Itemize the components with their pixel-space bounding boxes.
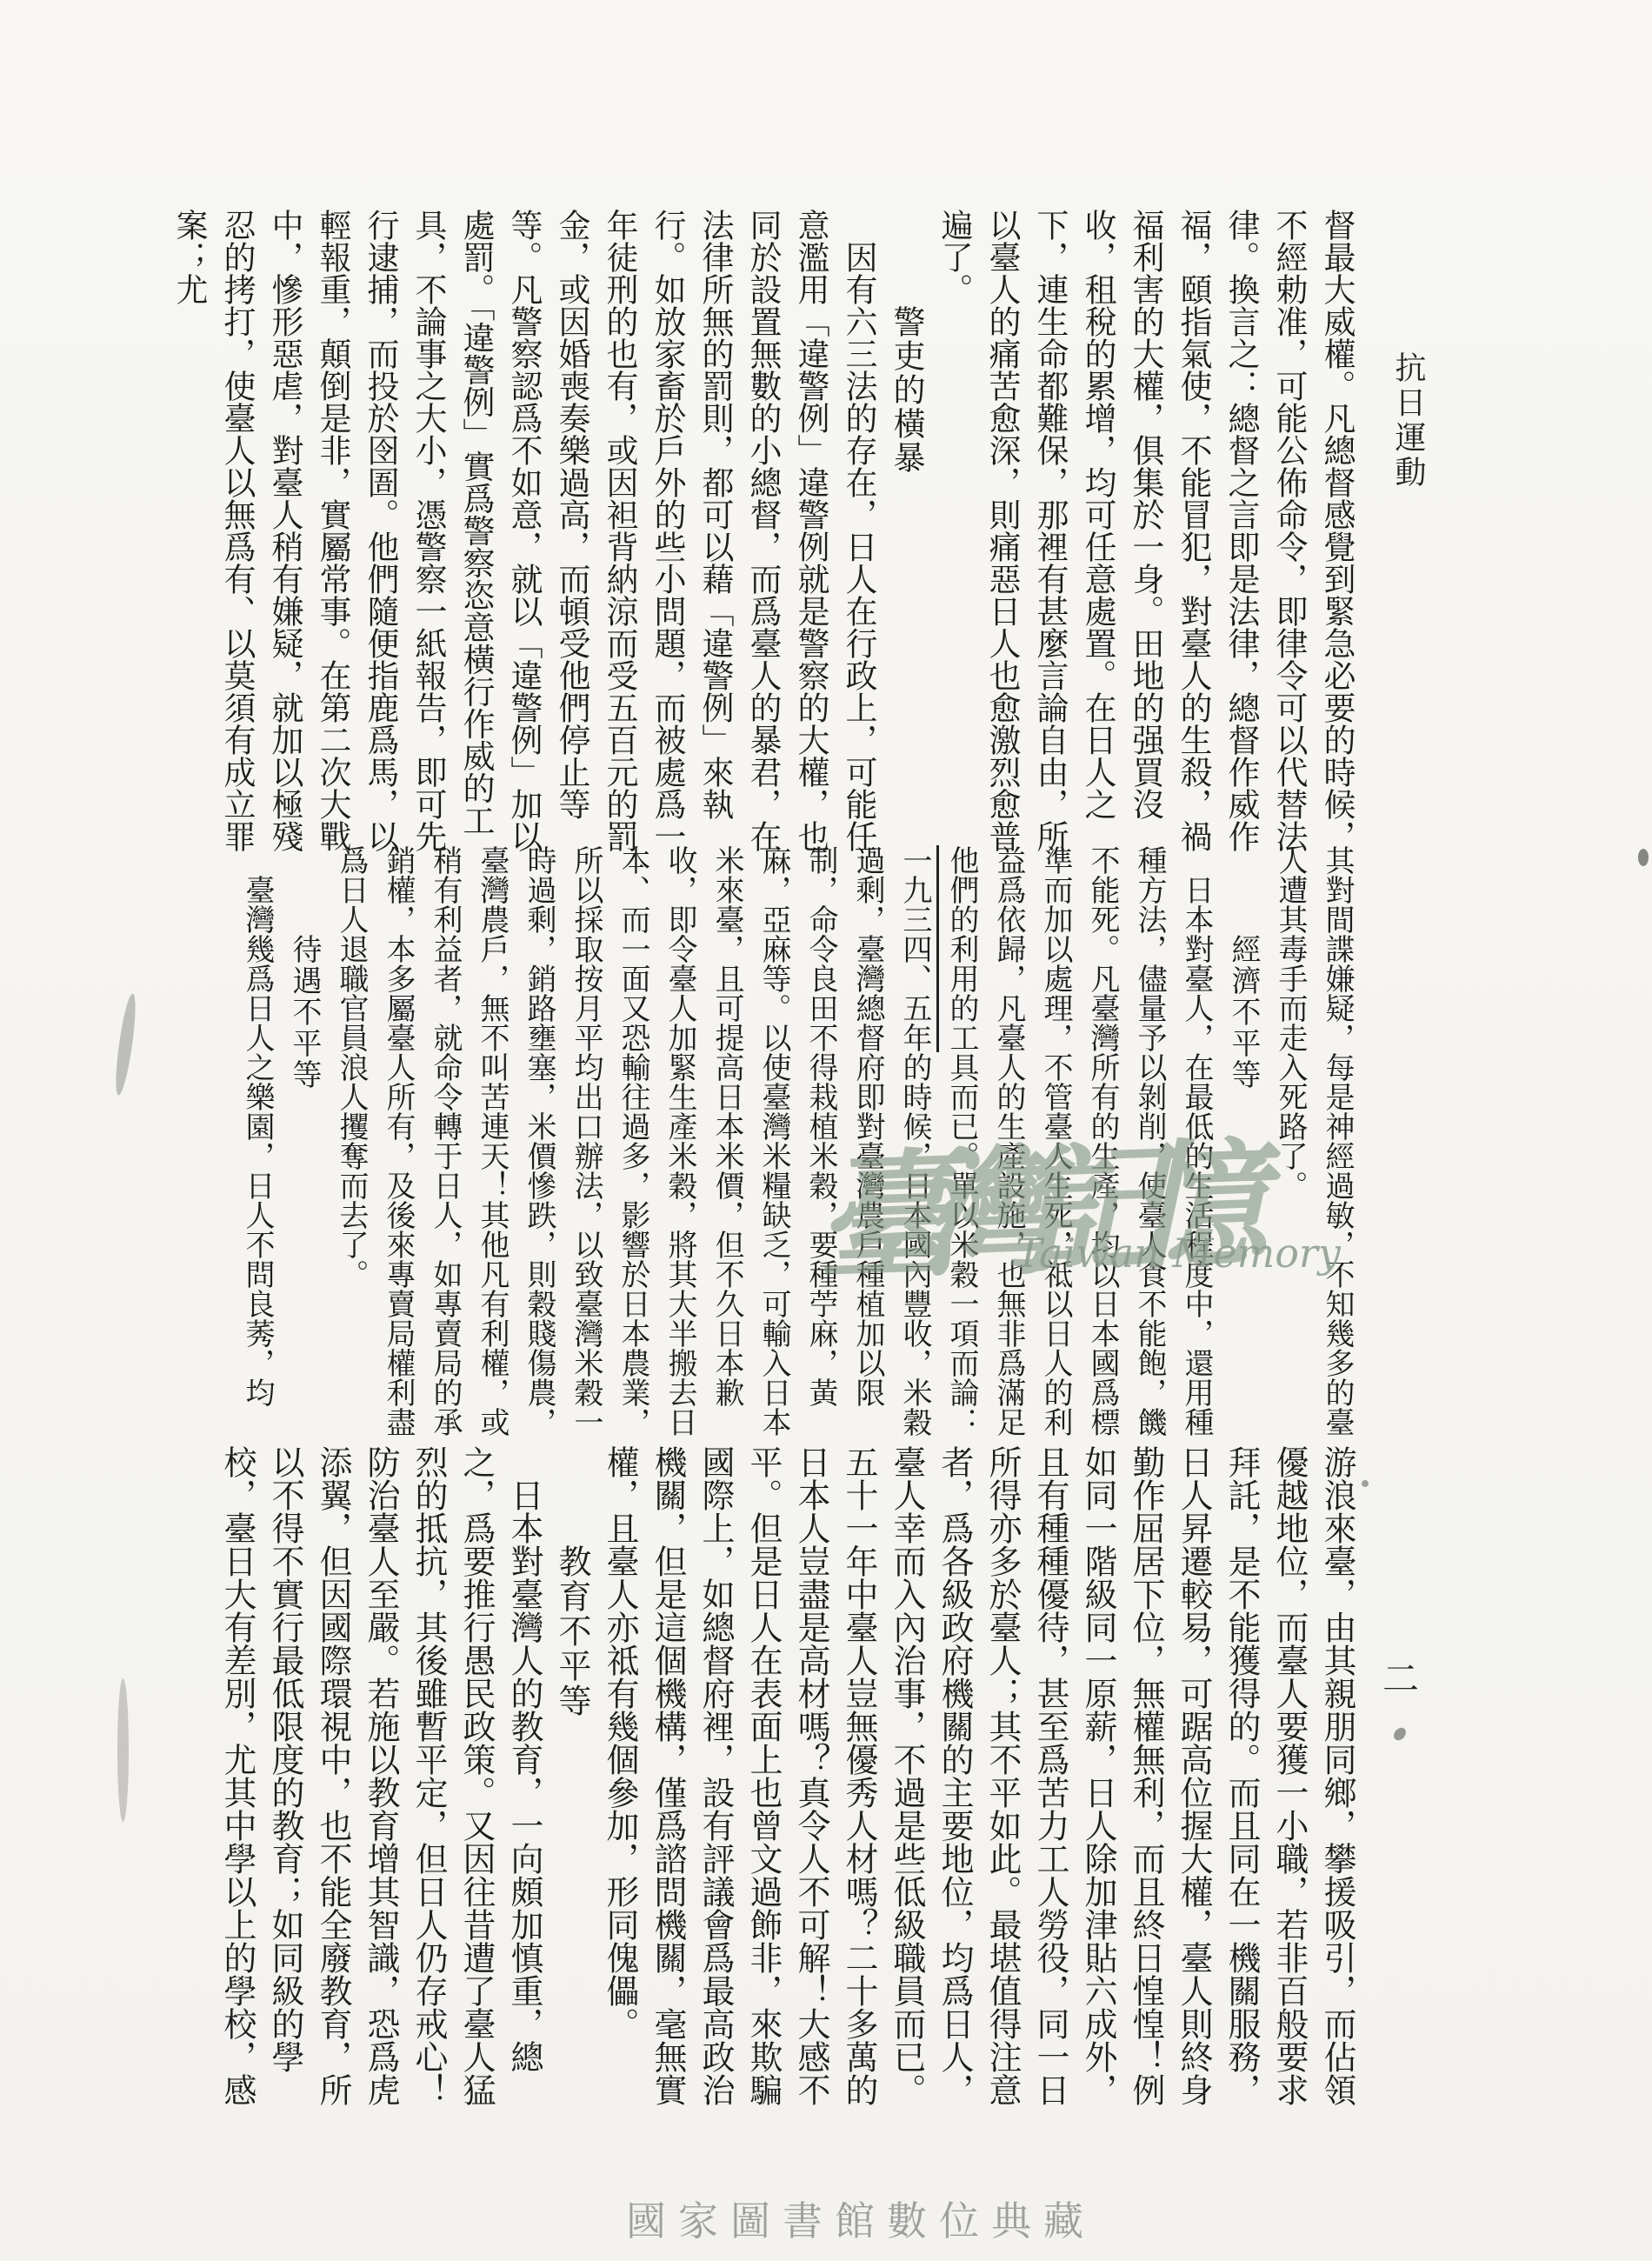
paragraph-governor-power: 督最大威權。凡總督感覺到緊急必要的時候，不經勅准，可能公佈命令，即律令可以代替法…: [930, 209, 1361, 852]
scan-artifact: [112, 993, 139, 1097]
section-heading-police-tyranny: 警吏的橫暴: [883, 209, 930, 852]
scan-artifact: [117, 1678, 129, 1822]
archive-footer-caption: 國家圖書館數位典藏: [0, 2190, 1652, 2247]
scan-artifact: [1391, 1725, 1408, 1743]
section-heading-education-inequality: 教育不平等: [548, 1445, 596, 2108]
scan-artifact: [1638, 849, 1649, 866]
section-heading-economic-inequality: 經濟不平等: [1220, 845, 1267, 1440]
page-number: 二: [1382, 1651, 1419, 1703]
scanned-page: 督最大威權。凡總督感覺到緊急必要的時候，不經勅准，可能公佈命令，即律令可以代替法…: [0, 0, 1652, 2261]
paragraph-police-law: 因有六三法的存在，日人在行政上，可能任意濫用「違警例」違警例就是警察的大權，也同…: [165, 209, 883, 852]
chapter-margin-label: 抗日運動: [1386, 351, 1430, 490]
scan-artifact: [1362, 1480, 1369, 1487]
text-block-bottom: 游浪來臺，由其親朋同鄉，攀援吸引，而佔領優越地位，而臺人要獲一小職，若非百般要求…: [213, 1445, 1361, 2108]
paragraph-employment-discrimination: 游浪來臺，由其親朋同鄉，攀援吸引，而佔領優越地位，而臺人要獲一小職，若非百般要求…: [596, 1445, 1361, 2108]
paragraph-education-policy: 日本對臺灣人的教育，一向頗加慎重，總之，爲要推行愚民政策。又因往昔遭了臺人猛烈的…: [213, 1445, 548, 2108]
section-heading-treatment-inequality: 待遇不平等: [281, 845, 328, 1440]
proper-name-marked-date: 一九三四、五年: [897, 845, 939, 1052]
paragraph-text-pre: 日本對臺人，在最低的生活程度中，還用種種方法，儘量予以剝削，使臺人食不能飽，饑不…: [944, 845, 1214, 1437]
paragraph-treatment-start: 臺灣幾爲日人之樂園，日人不問良莠，均: [234, 845, 281, 1440]
paragraph-spy-suspicion: 其對間諜嫌疑，每是神經過敏，不知幾多的臺人遭其毒手而走入死路了。: [1267, 845, 1361, 1440]
text-block-top: 督最大威權。凡總督感覺到緊急必要的時候，不經勅准，可能公佈命令，即律令可以代替法…: [165, 209, 1361, 852]
text-block-middle: 其對間諜嫌疑，每是神經過敏，不知幾多的臺人遭其毒手而走入死路了。 經濟不平等 日…: [234, 845, 1361, 1440]
paragraph-text-post: 的時候，日本國內豐收，米穀過剩，臺灣總督府即對臺灣農戶種植加以限制，命令良田不得…: [334, 845, 932, 1437]
paragraph-rice-economy: 日本對臺人，在最低的生活程度中，還用種種方法，儘量予以剝削，使臺人食不能飽，饑不…: [328, 845, 1220, 1440]
